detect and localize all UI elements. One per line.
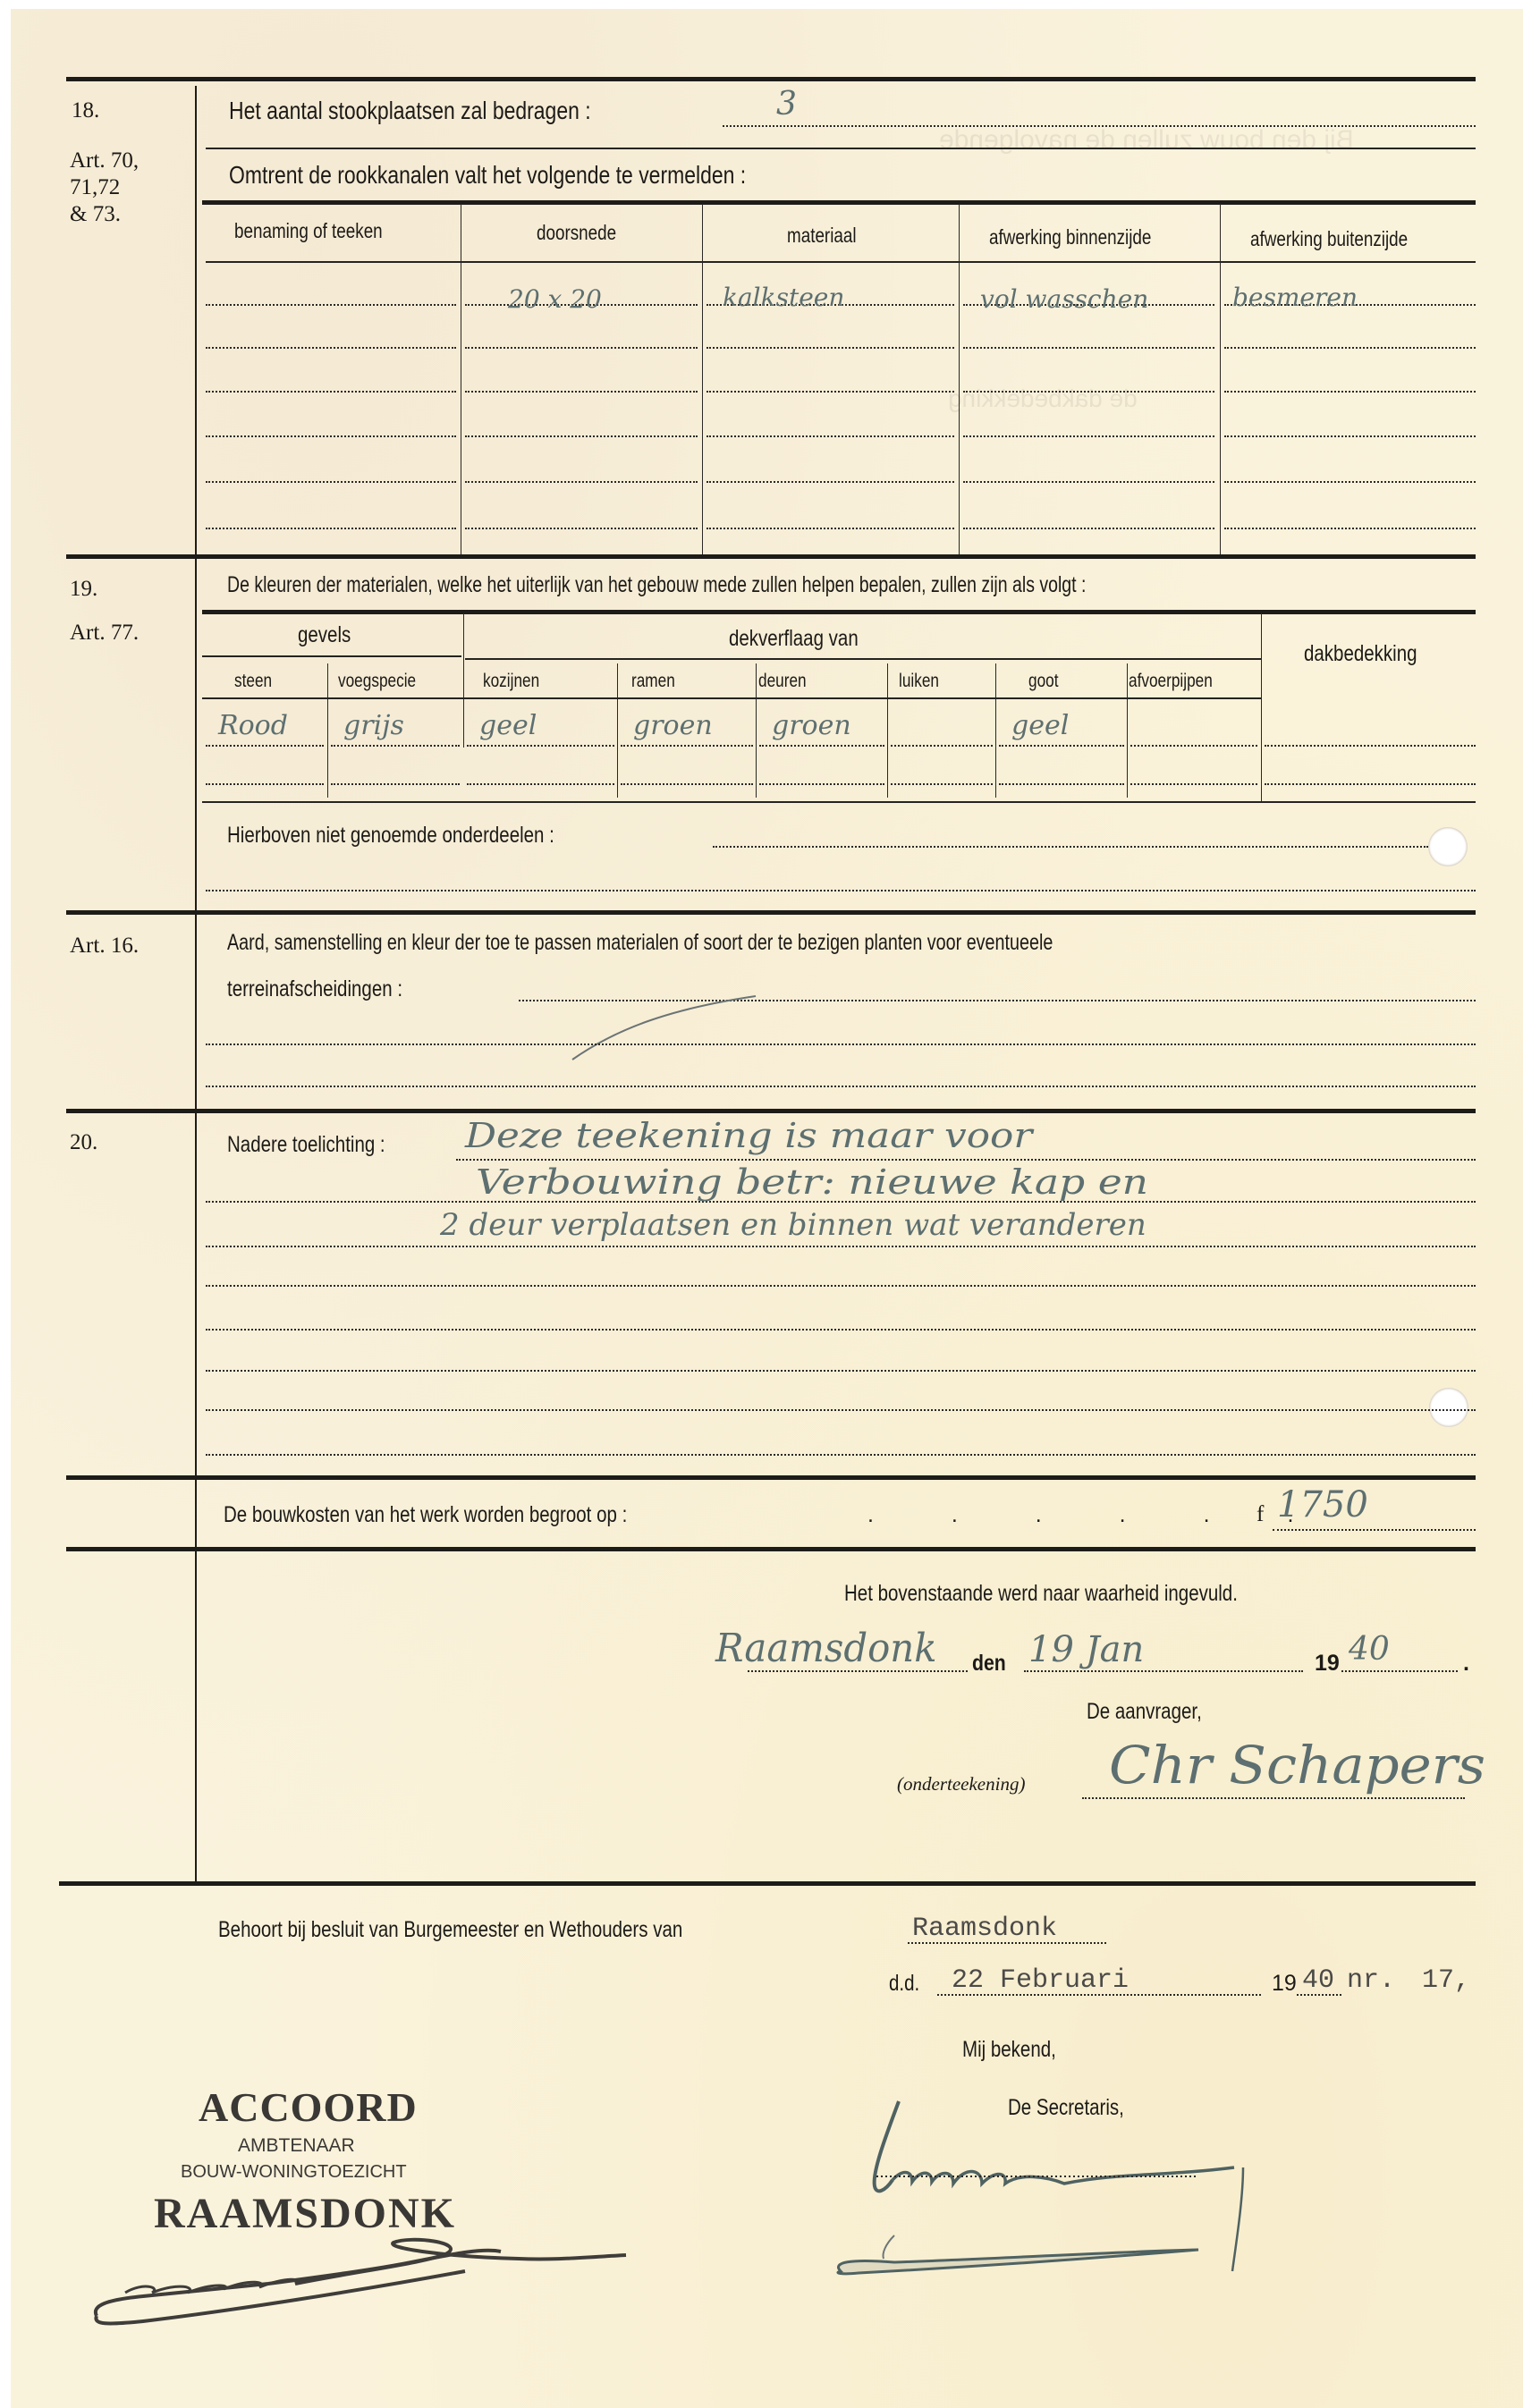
official-signature xyxy=(89,2235,680,2343)
punch-hole xyxy=(1428,827,1468,866)
table-cell-line[interactable] xyxy=(1224,347,1476,349)
article-ref: Art. 77. xyxy=(70,621,139,646)
col-divider xyxy=(756,663,757,798)
table-top-rule xyxy=(202,200,1476,205)
table-cell-line[interactable] xyxy=(206,347,456,349)
col-header: doorsnede xyxy=(537,221,616,245)
col-divider xyxy=(1220,204,1221,557)
color-field-line xyxy=(759,745,884,747)
header-rule xyxy=(206,261,1476,263)
color-field-line xyxy=(999,783,1124,785)
table-cell-line[interactable] xyxy=(465,391,698,393)
subheader-rule xyxy=(202,697,1261,699)
stamp-accoord: ACCOORD xyxy=(199,2083,418,2131)
table-cell-line[interactable] xyxy=(963,435,1214,437)
color-field-line xyxy=(331,783,460,785)
color-field-line xyxy=(1265,783,1476,785)
table-cell-line[interactable] xyxy=(206,528,456,529)
color-field-line xyxy=(1265,745,1476,747)
group-dakbedekking: dakbedekking xyxy=(1304,641,1417,667)
costs-value[interactable]: 1750 xyxy=(1277,1484,1368,1525)
subheader-luiken: luiken xyxy=(899,671,939,692)
section-rule xyxy=(59,1881,1476,1886)
article-ref: & 73. xyxy=(70,202,121,227)
toelichting-line[interactable] xyxy=(206,1454,1476,1456)
subheader-kozijnen: kozijnen xyxy=(483,671,539,692)
costs-label: De bouwkosten van het werk worden begroo… xyxy=(224,1502,627,1528)
color-field-line xyxy=(999,745,1124,747)
col-divider xyxy=(617,663,618,798)
color-field-line xyxy=(467,783,614,785)
decision-year-prefix: 19 xyxy=(1272,1971,1297,1997)
col-divider xyxy=(1127,663,1128,798)
color-field-line xyxy=(1130,783,1257,785)
toelichting-line[interactable] xyxy=(206,1285,1476,1287)
decision-municipality[interactable]: Raamsdonk xyxy=(912,1914,1057,1944)
table-cell-line[interactable] xyxy=(963,391,1214,393)
color-field-line xyxy=(467,745,614,747)
table-cell-line[interactable] xyxy=(206,391,456,393)
col-divider xyxy=(995,663,996,798)
declaration-year[interactable]: 40 xyxy=(1349,1631,1390,1668)
table-cell-line[interactable] xyxy=(963,528,1214,529)
group-rule xyxy=(202,655,461,657)
year-prefix: 19 xyxy=(1315,1651,1340,1677)
col-header: afwerking buitenzijde xyxy=(1250,227,1408,251)
table-cell-line[interactable] xyxy=(707,347,954,349)
table-cell-line[interactable] xyxy=(465,481,698,483)
color-field-line xyxy=(1130,745,1257,747)
subheader-voegspecie: voegspecie xyxy=(338,671,416,692)
show-through-text: de dakbedekking xyxy=(948,384,1138,413)
color-field-line xyxy=(206,783,324,785)
applicant-label: De aanvrager, xyxy=(1087,1699,1202,1725)
stookplaatsen-value[interactable]: 3 xyxy=(776,86,797,123)
field-line xyxy=(206,1086,1476,1087)
toelichting-line[interactable] xyxy=(206,1246,1476,1247)
col-divider xyxy=(702,204,703,557)
section-rule xyxy=(66,910,1476,915)
column-divider xyxy=(195,86,197,1883)
color-field-line xyxy=(891,783,993,785)
table-cell-line[interactable] xyxy=(963,347,1214,349)
table-cell-line[interactable] xyxy=(1224,528,1476,529)
col-divider xyxy=(461,204,461,557)
field-line xyxy=(206,890,1476,891)
period: . xyxy=(1463,1651,1469,1677)
known-label: Mij bekend, xyxy=(962,2037,1056,2063)
col-divider xyxy=(887,663,888,798)
group-rule xyxy=(465,658,1261,660)
table-cell-line[interactable] xyxy=(707,481,954,483)
stookplaatsen-label: Het aantal stookplaatsen zal bedragen : xyxy=(229,97,591,125)
strike-mark xyxy=(563,993,769,1069)
decision-date[interactable]: 22 Februari xyxy=(952,1965,1129,1996)
col-header: afwerking binnenzijde xyxy=(989,225,1151,249)
subheader-ramen: ramen xyxy=(631,671,675,692)
stamp-municipality: RAAMSDONK xyxy=(154,2189,456,2238)
toelichting-line-1[interactable]: Deze teekening is maar voor xyxy=(465,1116,1032,1155)
currency-symbol: f xyxy=(1256,1502,1264,1527)
terrein-label: Aard, samenstelling en kleur der toe te … xyxy=(227,930,1053,956)
year-field xyxy=(1341,1670,1458,1672)
stamp-department: BOUW-WONINGTOEZICHT xyxy=(181,2162,407,2183)
table-cell-line[interactable] xyxy=(465,528,698,529)
cell-doorsnede[interactable]: 20 x 20 xyxy=(508,284,602,314)
toelichting-line[interactable] xyxy=(206,1409,1476,1411)
table-top-rule xyxy=(202,610,1476,614)
section-rule xyxy=(66,1109,1476,1113)
section-rule xyxy=(202,801,1476,803)
color-field-line xyxy=(759,783,884,785)
section-rule xyxy=(66,1475,1476,1480)
toelichting-line-3[interactable]: 2 deur verplaatsen en binnen wat verande… xyxy=(440,1207,1146,1243)
terrein-label-2: terreinafscheidingen : xyxy=(227,976,402,1002)
place-field xyxy=(748,1670,968,1672)
subheader-steen: steen xyxy=(234,671,272,692)
nr-label: nr. xyxy=(1347,1965,1395,1996)
col-divider xyxy=(959,204,960,557)
row-rule xyxy=(206,148,1476,149)
table-cell-line[interactable] xyxy=(206,481,456,483)
decision-label: Behoort bij besluit van Burgemeester en … xyxy=(218,1917,682,1943)
signature-label: (onderteekening) xyxy=(897,1773,1025,1795)
color-field-line xyxy=(206,745,324,747)
col-header: materiaal xyxy=(787,224,857,248)
color-value[interactable]: grijs xyxy=(343,710,404,741)
table-cell-line[interactable] xyxy=(465,347,698,349)
table-cell-line[interactable] xyxy=(707,391,954,393)
article-ref: Art. 16. xyxy=(70,934,139,959)
section-rule xyxy=(66,77,1476,81)
group-gevels: gevels xyxy=(298,622,351,648)
color-value[interactable]: groen xyxy=(772,710,851,741)
costs-field xyxy=(1273,1529,1476,1531)
toelichting-line[interactable] xyxy=(206,1370,1476,1372)
show-through-text: Bij den bouw zullen de navolgende xyxy=(939,125,1354,156)
subheader-deuren: deuren xyxy=(758,671,807,692)
color-value[interactable]: geel xyxy=(1011,710,1069,741)
cell-afwerking-binnen[interactable]: vol wasschen xyxy=(980,284,1148,314)
hierboven-field[interactable] xyxy=(713,846,1428,848)
secretary-signature xyxy=(823,2083,1324,2289)
decision-year[interactable]: 40 xyxy=(1302,1965,1334,1996)
applicant-signature[interactable]: Chr Schapers xyxy=(1109,1735,1485,1795)
table-cell-line[interactable] xyxy=(1224,435,1476,437)
color-value[interactable]: geel xyxy=(479,710,537,741)
article-ref: 71,72 xyxy=(70,175,120,200)
signature-field xyxy=(1082,1797,1465,1799)
section-number: 20. xyxy=(70,1130,97,1155)
color-field-line xyxy=(621,783,753,785)
table-cell-line[interactable] xyxy=(963,481,1214,483)
colors-intro: De kleuren der materialen, welke het uit… xyxy=(227,572,1086,598)
table-cell-line[interactable] xyxy=(1224,481,1476,483)
table-cell-line[interactable] xyxy=(707,435,954,437)
col-header: benaming of teeken xyxy=(234,219,383,243)
stamp-ambtenaar: AMBTENAAR xyxy=(238,2135,355,2157)
table-cell-line[interactable] xyxy=(465,435,698,437)
toelichting-label: Nadere toelichting : xyxy=(227,1132,385,1158)
color-field-line xyxy=(891,745,993,747)
group-dekverflaag: dekverflaag van xyxy=(729,626,859,652)
cell-afwerking-buiten[interactable]: besmeren xyxy=(1232,283,1358,312)
col-divider xyxy=(463,613,464,748)
color-value[interactable]: groen xyxy=(633,710,713,741)
subheader-afvoerpijpen: afvoerpijpen xyxy=(1129,671,1213,692)
decision-number[interactable]: 17, xyxy=(1422,1965,1470,1996)
section-rule xyxy=(66,554,1476,559)
table-cell-line[interactable] xyxy=(707,528,954,529)
toelichting-line-2[interactable]: Verbouwing betr: nieuwe kap en xyxy=(476,1162,1148,1202)
section-number: 19. xyxy=(70,577,97,602)
section-rule xyxy=(66,1547,1476,1551)
declaration-place[interactable]: Raamsdonk xyxy=(715,1626,937,1671)
section-number: 18. xyxy=(72,98,99,123)
subheader-goot: goot xyxy=(1028,671,1059,692)
table-cell-line[interactable] xyxy=(1224,391,1476,393)
dd-label: d.d. xyxy=(889,1971,919,1997)
rookkanalen-label: Omtrent de rookkanalen valt het volgende… xyxy=(229,161,746,190)
hierboven-label: Hierboven niet genoemde onderdeelen : xyxy=(227,823,554,849)
field-line xyxy=(206,1043,1476,1045)
color-field-line xyxy=(621,745,753,747)
table-cell-line[interactable] xyxy=(206,435,456,437)
date-field xyxy=(1024,1670,1303,1672)
article-ref: Art. 70, xyxy=(70,148,139,173)
col-divider xyxy=(1261,613,1262,801)
color-value[interactable]: Rood xyxy=(218,710,288,741)
color-field-line xyxy=(331,745,460,747)
cell-materiaal[interactable]: kalksteen xyxy=(723,283,844,312)
declaration-date[interactable]: 19 Jan xyxy=(1028,1629,1144,1670)
table-cell-line[interactable] xyxy=(206,304,456,306)
declaration-statement: Het bovenstaande werd naar waarheid inge… xyxy=(844,1581,1238,1607)
punch-hole xyxy=(1429,1388,1468,1427)
col-divider xyxy=(327,663,328,798)
toelichting-line[interactable] xyxy=(206,1329,1476,1331)
toelichting-line[interactable] xyxy=(456,1159,1476,1161)
field-line xyxy=(723,125,1476,127)
den-label: den xyxy=(972,1651,1006,1677)
